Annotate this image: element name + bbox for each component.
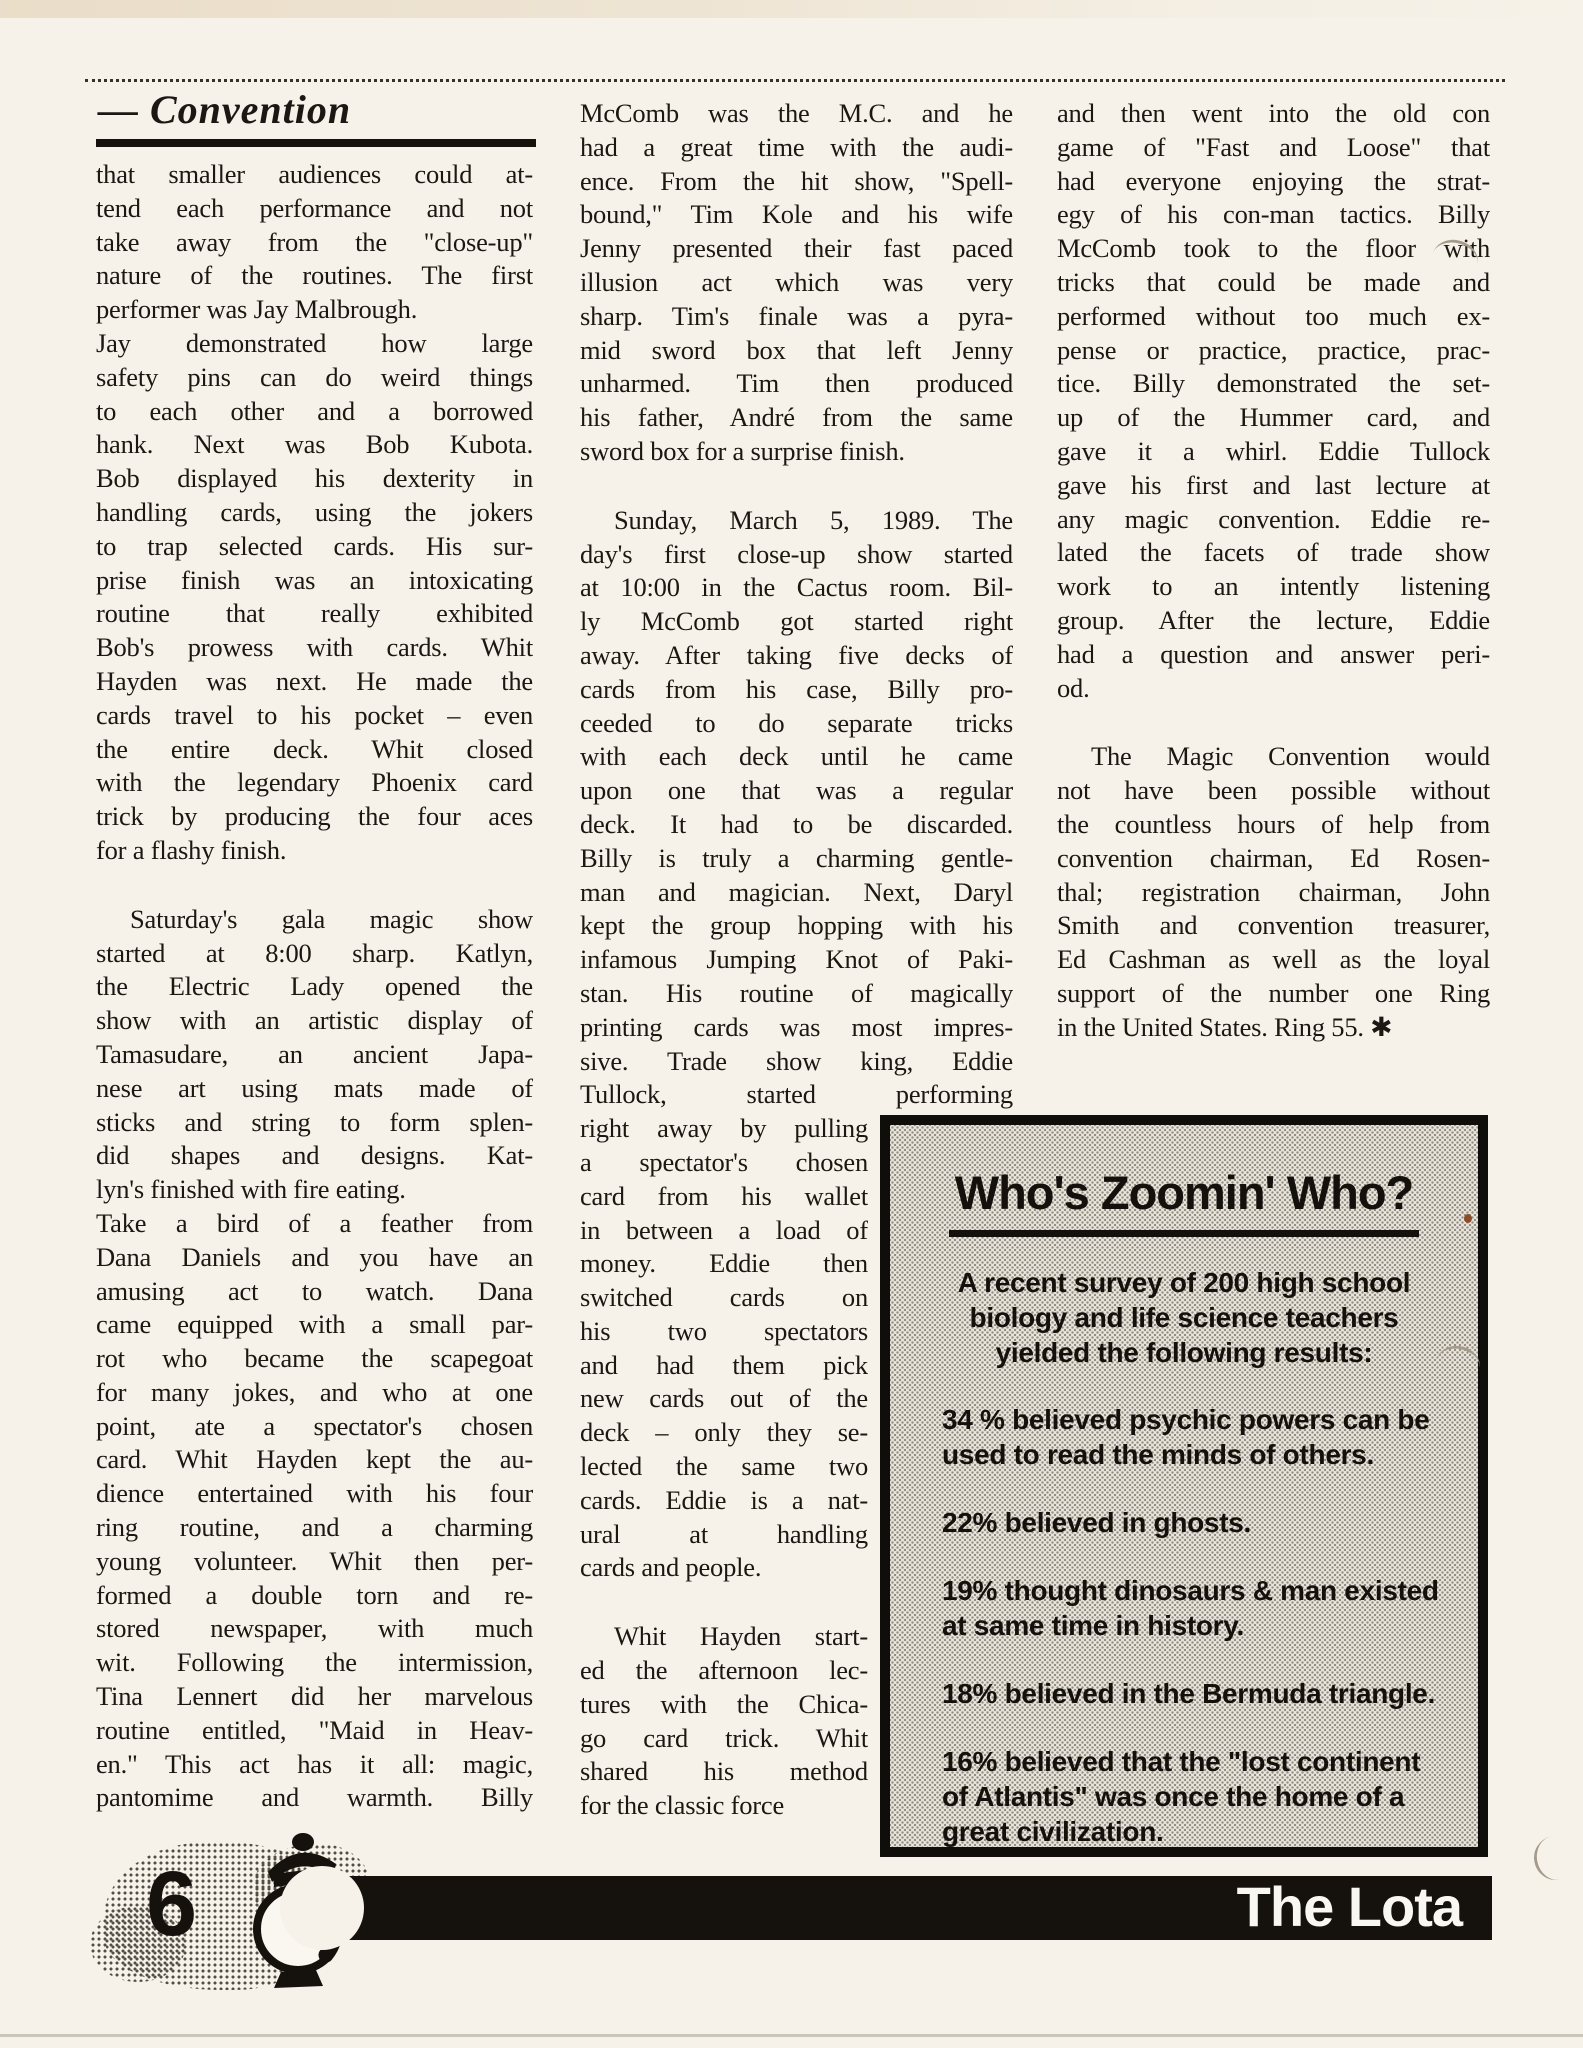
text-line: bound," Tim Kole and his wife: [580, 198, 1013, 232]
text-line: ural at handling: [580, 1518, 868, 1552]
survey-stat-item: 16% believed that the "lost continent of…: [942, 1744, 1448, 1849]
text-line: McComb was the M.C. and he: [580, 97, 1013, 131]
text-line: for many jokes, and who at one: [96, 1376, 533, 1410]
text-line: amusing act to watch. Dana: [96, 1275, 533, 1309]
text-line: cards. Eddie is a nat-: [580, 1484, 868, 1518]
text-line: his two spectators: [580, 1315, 868, 1349]
text-line: game of "Fast and Loose" that: [1057, 131, 1490, 165]
text-line: started at 8:00 sharp. Katlyn,: [96, 937, 533, 971]
text-line: up of the Hummer card, and: [1057, 401, 1490, 435]
text-line: thal; registration chairman, John: [1057, 876, 1490, 910]
text-line: sword box for a surprise finish.: [580, 435, 1013, 469]
text-line: cards and people.: [580, 1551, 868, 1585]
text-line: handling cards, using the jokers: [96, 496, 533, 530]
page-number: 6: [146, 1852, 197, 1957]
text-line: stan. His routine of magically: [580, 977, 1013, 1011]
text-line: mid sword box that left Jenny: [580, 334, 1013, 368]
text-line: pantomime and warmth. Billy: [96, 1781, 533, 1815]
text-line: Tina Lennert did her marvelous: [96, 1680, 533, 1714]
text-line: printing cards was most impres-: [580, 1011, 1013, 1045]
text-line: take away from the "close-up": [96, 226, 533, 260]
section-header-rule: [96, 139, 536, 147]
text-line: tricks that could be made and: [1057, 266, 1490, 300]
line-spacer: [580, 469, 1013, 504]
masthead-title: The Lota: [1237, 1876, 1462, 1940]
scan-smudge: [0, 0, 1583, 18]
article-column-1: that smaller audiences could at-tend eac…: [96, 158, 533, 1815]
text-line: work to an intently listening: [1057, 570, 1490, 604]
text-line: day's first close-up show started: [580, 538, 1013, 572]
text-line: a spectator's chosen: [580, 1146, 868, 1180]
text-line: money. Eddie then: [580, 1247, 868, 1281]
text-line: ly McComb got started right: [580, 605, 1013, 639]
text-line: for a flashy finish.: [96, 834, 533, 868]
text-line: tures with the Chica-: [580, 1688, 868, 1722]
text-line: tend each performance and not: [96, 192, 533, 226]
text-line: shared his method: [580, 1755, 868, 1789]
text-line: with each deck until he came: [580, 740, 1013, 774]
survey-box-title: Who's Zoomin' Who?: [890, 1165, 1478, 1220]
text-line: had everyone enjoying the strat-: [1057, 165, 1490, 199]
text-line: illusion act which was very: [580, 266, 1013, 300]
text-line: Saturday's gala magic show: [96, 903, 533, 937]
text-line: to each other and a borrowed: [96, 395, 533, 429]
text-line: sharp. Tim's finale was a pyra-: [580, 300, 1013, 334]
text-line: Billy is truly a charming gentle-: [580, 842, 1013, 876]
text-line: Ed Cashman as well as the loyal: [1057, 943, 1490, 977]
text-line: Smith and convention treasurer,: [1057, 909, 1490, 943]
text-line: Take a bird of a feather from: [96, 1207, 533, 1241]
text-line: the entire deck. Whit closed: [96, 733, 533, 767]
text-line: nature of the routines. The first: [96, 259, 533, 293]
text-line: young volunteer. Whit then per-: [96, 1545, 533, 1579]
text-line: away. After taking five decks of: [580, 639, 1013, 673]
text-line: and then went into the old con: [1057, 97, 1490, 131]
text-line: dience entertained with his four: [96, 1477, 533, 1511]
line-spacer: [96, 868, 533, 903]
text-line: gave it a whirl. Eddie Tullock: [1057, 435, 1490, 469]
survey-sidebar-box: Who's Zoomin' Who? A recent survey of 20…: [880, 1115, 1488, 1857]
text-line: tice. Billy demonstrated the set-: [1057, 367, 1490, 401]
masthead-band: The Lota: [336, 1876, 1492, 1940]
text-line: came equipped with a small par-: [96, 1308, 533, 1342]
text-line: go card trick. Whit: [580, 1722, 868, 1756]
text-line: had a question and answer peri-: [1057, 638, 1490, 672]
survey-title-rule: [949, 1230, 1419, 1237]
page-bottom-edge: [0, 2034, 1583, 2037]
text-line: Jenny presented their fast paced: [580, 232, 1013, 266]
survey-box-intro: A recent survey of 200 high school biolo…: [922, 1265, 1446, 1370]
top-dotted-rule: [85, 79, 1505, 82]
text-line: Tullock, started performing: [580, 1078, 1013, 1112]
survey-stat-item: 18% believed in the Bermuda triangle.: [942, 1676, 1448, 1711]
text-line: en." This act has it all: magic,: [96, 1748, 533, 1782]
text-line: hank. Next was Bob Kubota.: [96, 428, 533, 462]
text-line: card from his wallet: [580, 1180, 868, 1214]
text-line: card. Whit Hayden kept the au-: [96, 1443, 533, 1477]
text-line: routine that really exhibited: [96, 597, 533, 631]
text-line: kept the group hopping with his: [580, 909, 1013, 943]
text-line: in the United States. Ring 55. ✱: [1057, 1011, 1490, 1045]
text-line: man and magician. Next, Daryl: [580, 876, 1013, 910]
text-line: had a great time with the audi-: [580, 131, 1013, 165]
text-line: upon one that was a regular: [580, 774, 1013, 808]
text-line: for the classic force: [580, 1789, 868, 1823]
text-line: his father, André from the same: [580, 401, 1013, 435]
text-line: point, ate a spectator's chosen: [96, 1410, 533, 1444]
text-line: od.: [1057, 672, 1490, 706]
text-line: group. After the lecture, Eddie: [1057, 604, 1490, 638]
text-line: egy of his con-man tactics. Billy: [1057, 198, 1490, 232]
text-line: safety pins can do weird things: [96, 361, 533, 395]
text-line: Hayden was next. He made the: [96, 665, 533, 699]
text-line: ed the afternoon lec-: [580, 1654, 868, 1688]
text-line: right away by pulling: [580, 1112, 868, 1146]
text-line: cards from his case, Billy pro-: [580, 673, 1013, 707]
text-line: Jay demonstrated how large: [96, 327, 533, 361]
survey-stat-item: 34 % believed psychic powers can be used…: [942, 1402, 1448, 1472]
text-line: support of the number one Ring: [1057, 977, 1490, 1011]
text-line: routine entitled, "Maid in Heav-: [96, 1714, 533, 1748]
text-line: that smaller audiences could at-: [96, 158, 533, 192]
text-line: trick by producing the four aces: [96, 800, 533, 834]
text-line: sive. Trade show king, Eddie: [580, 1045, 1013, 1079]
text-line: convention chairman, Ed Rosen-: [1057, 842, 1490, 876]
text-line: rot who became the scapegoat: [96, 1342, 533, 1376]
text-line: not have been possible without: [1057, 774, 1490, 808]
text-line: did shapes and designs. Kat-: [96, 1139, 533, 1173]
text-line: performed without too much ex-: [1057, 300, 1490, 334]
text-line: ence. From the hit show, "Spell-: [580, 165, 1013, 199]
text-line: the Electric Lady opened the: [96, 970, 533, 1004]
text-line: lected the same two: [580, 1450, 868, 1484]
section-header: — Convention: [98, 86, 351, 133]
text-line: stored newspaper, with much: [96, 1612, 533, 1646]
text-line: new cards out of the: [580, 1382, 868, 1416]
text-line: nese art using mats made of: [96, 1072, 533, 1106]
text-line: at 10:00 in the Cactus room. Bil-: [580, 571, 1013, 605]
text-line: sticks and string to form splen-: [96, 1106, 533, 1140]
text-line: Bob's prowess with cards. Whit: [96, 631, 533, 665]
text-line: formed a double torn and re-: [96, 1579, 533, 1613]
page-curl-mark: [1530, 1832, 1581, 1884]
text-line: gave his first and last lecture at: [1057, 469, 1490, 503]
text-line: switched cards on: [580, 1281, 868, 1315]
text-line: unharmed. Tim then produced: [580, 367, 1013, 401]
newsletter-page: — Convention that smaller audiences coul…: [0, 0, 1583, 2048]
line-spacer: [1057, 705, 1490, 740]
text-line: with the legendary Phoenix card: [96, 766, 533, 800]
text-line: in between a load of: [580, 1214, 868, 1248]
text-line: ring routine, and a charming: [96, 1511, 533, 1545]
text-line: Whit Hayden start-: [580, 1620, 868, 1654]
text-line: Dana Daniels and you have an: [96, 1241, 533, 1275]
text-line: wit. Following the intermission,: [96, 1646, 533, 1680]
text-line: deck – only they se-: [580, 1416, 868, 1450]
article-column-3: and then went into the old congame of "F…: [1057, 97, 1490, 1045]
text-line: lyn's finished with fire eating.: [96, 1173, 533, 1207]
text-line: deck. It had to be discarded.: [580, 808, 1013, 842]
text-line: Sunday, March 5, 1989. The: [580, 504, 1013, 538]
text-line: ceeded to do separate tricks: [580, 707, 1013, 741]
survey-stat-item: 22% believed in ghosts.: [942, 1505, 1448, 1540]
text-line: cards travel to his pocket – even: [96, 699, 533, 733]
text-line: any magic convention. Eddie re-: [1057, 503, 1490, 537]
text-line: Bob displayed his dexterity in: [96, 462, 533, 496]
text-line: The Magic Convention would: [1057, 740, 1490, 774]
ink-fleck: [1464, 1214, 1472, 1223]
text-line: McComb took to the floor with: [1057, 232, 1490, 266]
text-line: and had them pick: [580, 1349, 868, 1383]
text-line: pense or practice, practice, prac-: [1057, 334, 1490, 368]
text-line: to trap selected cards. His sur-: [96, 530, 533, 564]
text-line: lated the facets of trade show: [1057, 536, 1490, 570]
text-line: Tamasudare, an ancient Japa-: [96, 1038, 533, 1072]
text-line: prise finish was an intoxicating: [96, 564, 533, 598]
text-line: performer was Jay Malbrough.: [96, 293, 533, 327]
survey-stat-list: 34 % believed psychic powers can be used…: [890, 1402, 1478, 1849]
text-line: the countless hours of help from: [1057, 808, 1490, 842]
text-line: infamous Jumping Knot of Paki-: [580, 943, 1013, 977]
text-line: show with an artistic display of: [96, 1004, 533, 1038]
survey-stat-item: 19% thought dinosaurs & man existed at s…: [942, 1573, 1448, 1643]
